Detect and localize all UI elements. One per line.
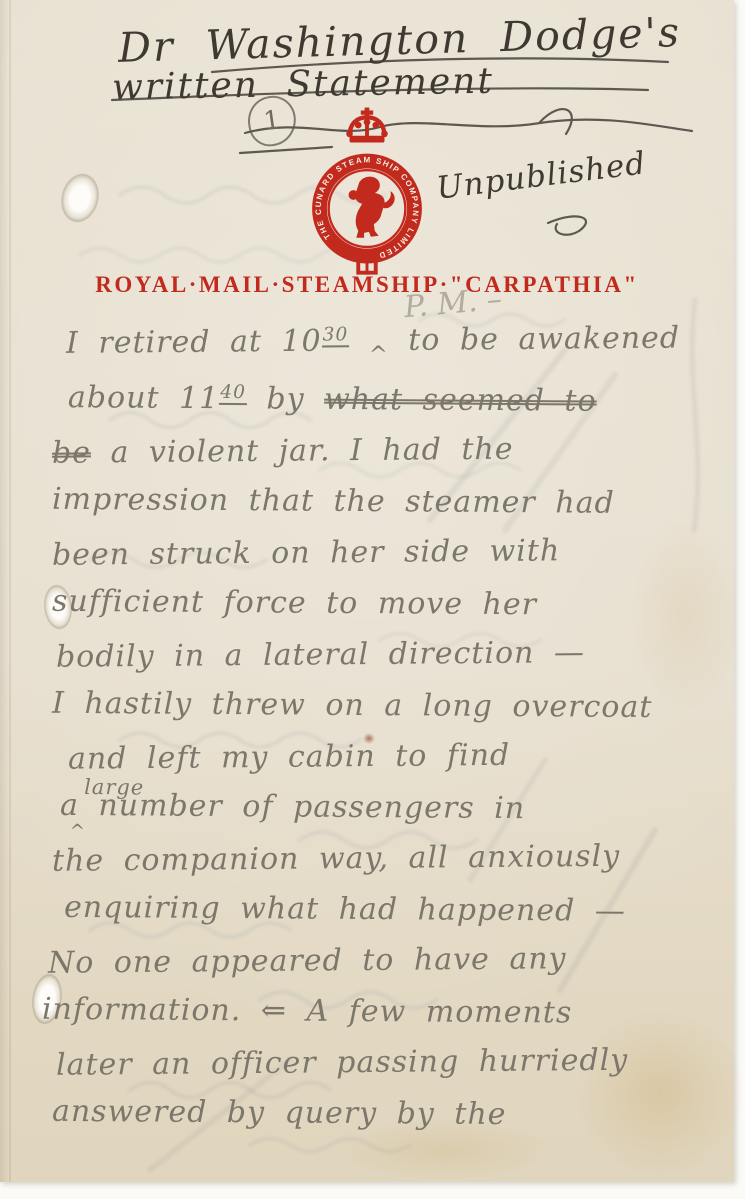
handwritten-line: be a violent jar. I had the xyxy=(52,434,680,469)
handwriting-segment: been struck on her side with xyxy=(52,534,561,573)
handwriting-segment xyxy=(349,323,369,358)
handwritten-line: I hastily threw on a long overcoat xyxy=(52,689,680,723)
handwritten-line: information. ⇐ A few moments xyxy=(42,995,680,1029)
handwriting-segment: 40 xyxy=(219,382,247,405)
handwriting-segment: bodily in a lateral direction — xyxy=(56,636,585,676)
unpublished-note: Unpublished xyxy=(435,145,648,206)
inserted-word: large xyxy=(84,772,144,802)
handwriting-segment: to be awakened xyxy=(389,321,681,359)
handwritten-line: the companion way, all anxiously xyxy=(52,842,680,877)
handwritten-line: bodily in a lateral direction — xyxy=(56,638,680,673)
struck-text: be xyxy=(52,436,91,471)
handwriting-segment: I hastily threw on a long overcoat xyxy=(52,686,653,725)
handwriting-segment: by xyxy=(247,382,324,418)
crown-icon xyxy=(346,108,388,143)
handwritten-line: I retired at 1030 ^ to be awakened xyxy=(66,317,680,361)
handwritten-line: sufficient force to move her xyxy=(52,587,680,621)
lion-rampant-icon xyxy=(349,177,395,238)
letterhead-steamship-title: ROYAL·MAIL·STEAMSHIP·"CARPATHIA" xyxy=(0,272,734,298)
handwriting-segment: No one appeared to have any xyxy=(48,942,567,982)
handwritten-body: I retired at 1030 ^ to be awakenedabout … xyxy=(52,320,680,1150)
struck-text: what seemed to xyxy=(324,382,597,419)
paper-fold-crease xyxy=(9,0,11,1182)
paper-left-shading xyxy=(0,0,9,1182)
handwriting-segment: I retired at 10 xyxy=(66,324,322,361)
handwriting-segment: later an officer passing hurriedly xyxy=(56,1043,628,1083)
handwriting-segment: and left my cabin to find xyxy=(68,738,510,777)
handwritten-line: large^a number of passengers in xyxy=(60,791,680,825)
handwriting-segment: sufficient force to move her xyxy=(52,584,537,622)
handwritten-line: and left my cabin to find xyxy=(68,740,680,775)
handwriting-segment: a violent jar. I had the xyxy=(91,432,514,471)
handwritten-line: been struck on her side with xyxy=(52,536,680,571)
handwritten-line: later an officer passing hurriedly xyxy=(56,1046,680,1081)
paper-hole xyxy=(49,161,111,235)
cunard-crest-stamp: THE CUNARD STEAM SHIP COMPANY LIMITED xyxy=(299,106,435,282)
handwritten-line: impression that the steamer had xyxy=(52,485,680,519)
handwriting-segment: answered by query by the xyxy=(52,1094,507,1132)
handwriting-segment: enquiring what had happened — xyxy=(64,890,626,929)
owner-annotation-line2: written Statement xyxy=(112,61,495,109)
handwriting-segment: ^ xyxy=(369,340,389,370)
handwriting-segment: information. ⇐ A few moments xyxy=(42,992,573,1031)
handwritten-line: No one appeared to have any xyxy=(48,944,680,980)
handwritten-line: answered by query by the xyxy=(52,1097,680,1131)
handwriting-segment: about 11 xyxy=(68,380,219,416)
handwritten-line: about 1140 by what seemed to xyxy=(68,377,680,417)
handwriting-segment: impression that the steamer had xyxy=(52,482,615,521)
handwritten-line: enquiring what had happened — xyxy=(64,893,680,927)
letter-paper: Dr Washington Dodge's written Statement … xyxy=(0,0,734,1182)
handwriting-segment: the companion way, all anxiously xyxy=(52,839,620,879)
scanned-letter-page: Dr Washington Dodge's written Statement … xyxy=(0,0,745,1199)
handwriting-segment: 30 xyxy=(321,324,349,347)
